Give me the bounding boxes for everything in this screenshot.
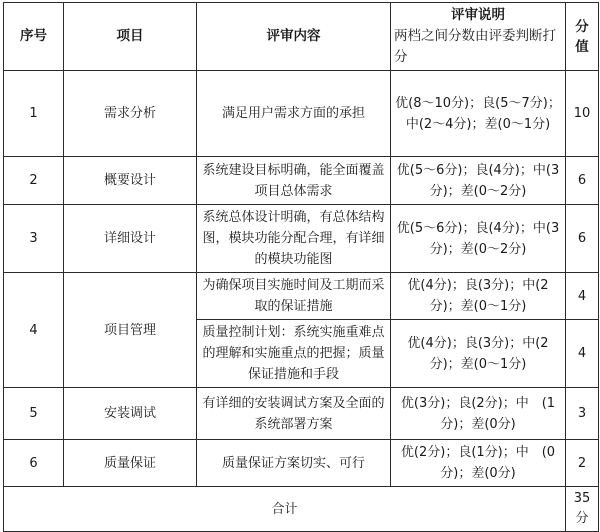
- row-score: 4: [566, 320, 599, 388]
- header-score: 分 值: [566, 3, 599, 71]
- row-content: 质量保证方案切实、可行: [197, 440, 391, 487]
- footer-total-score: 35 分: [566, 487, 599, 532]
- table-row: 2 概要设计 系统建设目标明确，能全面覆盖项目总体需求 优(5～6分)；良(4分…: [4, 157, 599, 205]
- row-desc: 优(4分)；良(3分)；中(2分)；差(0～1分): [391, 273, 566, 320]
- row-no: 5: [4, 388, 64, 440]
- table-row: 1 需求分析 满足用户需求方面的承担 优(8～10分)；良(5～7分)；中(2～…: [4, 71, 599, 157]
- header-desc-sub: 两档之间分数由评委判断打分: [394, 26, 562, 68]
- header-desc: 评审说明 两档之间分数由评委判断打分: [391, 3, 566, 71]
- row-desc: 优(5～6分)；良(4分)；中(3分)；差(0～2分): [391, 157, 566, 205]
- table-row: 4 项目管理 为确保项目实施时间及工期而采取的保证措施 优(4分)；良(3分)；…: [4, 273, 599, 320]
- row-score: 6: [566, 157, 599, 205]
- row-content: 有详细的安装调试方案及全面的系统部署方案: [197, 388, 391, 440]
- row-desc: 优(4分)；良(3分)；中(2分)；差(0～1分): [391, 320, 566, 388]
- header-score-line1: 分: [569, 17, 595, 37]
- row-content: 系统总体设计明确，有总体结构图，模块功能分配合理，有详细的模块功能图: [197, 205, 391, 273]
- row-no: 6: [4, 440, 64, 487]
- document-page: 序号 项目 评审内容 评审说明 两档之间分数由评委判断打分 分 值 1 需求分析…: [0, 0, 600, 519]
- table-footer-row: 合计 35 分: [4, 487, 599, 532]
- row-score: 10: [566, 71, 599, 157]
- row-no: 4: [4, 273, 64, 388]
- row-score: 2: [566, 440, 599, 487]
- table-row: 5 安装调试 有详细的安装调试方案及全面的系统部署方案 优(3分)；良(2分)；…: [4, 388, 599, 440]
- row-project: 概要设计: [64, 157, 197, 205]
- row-project: 质量保证: [64, 440, 197, 487]
- row-no: 1: [4, 71, 64, 157]
- row-project: 安装调试: [64, 388, 197, 440]
- header-desc-title: 评审说明: [394, 5, 562, 26]
- row-content: 系统建设目标明确，能全面覆盖项目总体需求: [197, 157, 391, 205]
- row-content: 满足用户需求方面的承担: [197, 71, 391, 157]
- row-score: 6: [566, 205, 599, 273]
- header-project: 项目: [64, 3, 197, 71]
- evaluation-table: 序号 项目 评审内容 评审说明 两档之间分数由评委判断打分 分 值 1 需求分析…: [3, 2, 599, 532]
- header-no: 序号: [4, 3, 64, 71]
- row-no: 2: [4, 157, 64, 205]
- footer-total-label: 合计: [4, 487, 566, 532]
- row-project: 需求分析: [64, 71, 197, 157]
- row-project: 项目管理: [64, 273, 197, 388]
- row-desc: 优(8～10分)；良(5～7分)；中(2～4分)；差(0～1分): [391, 71, 566, 157]
- row-score: 4: [566, 273, 599, 320]
- row-desc: 优(5～6分)；良(4分)；中(3分)；差(0～2分): [391, 205, 566, 273]
- footer-total-unit: 分: [569, 509, 595, 529]
- header-content: 评审内容: [197, 3, 391, 71]
- row-desc: 优(3分)；良(2分)；中 (1分)；差(0分): [391, 388, 566, 440]
- row-content: 为确保项目实施时间及工期而采取的保证措施: [197, 273, 391, 320]
- header-score-line2: 值: [569, 37, 595, 57]
- table-header-row: 序号 项目 评审内容 评审说明 两档之间分数由评委判断打分 分 值: [4, 3, 599, 71]
- row-desc: 优(2分)；良(1分)；中 (0分)；差(0分): [391, 440, 566, 487]
- row-content: 质量控制计划：系统实施重难点的理解和实施重点的把握；质量保证措施和手段: [197, 320, 391, 388]
- footer-total-value: 35: [569, 489, 595, 509]
- table-row: 3 详细设计 系统总体设计明确，有总体结构图，模块功能分配合理，有详细的模块功能…: [4, 205, 599, 273]
- table-row: 6 质量保证 质量保证方案切实、可行 优(2分)；良(1分)；中 (0分)；差(…: [4, 440, 599, 487]
- row-score: 3: [566, 388, 599, 440]
- row-project: 详细设计: [64, 205, 197, 273]
- row-no: 3: [4, 205, 64, 273]
